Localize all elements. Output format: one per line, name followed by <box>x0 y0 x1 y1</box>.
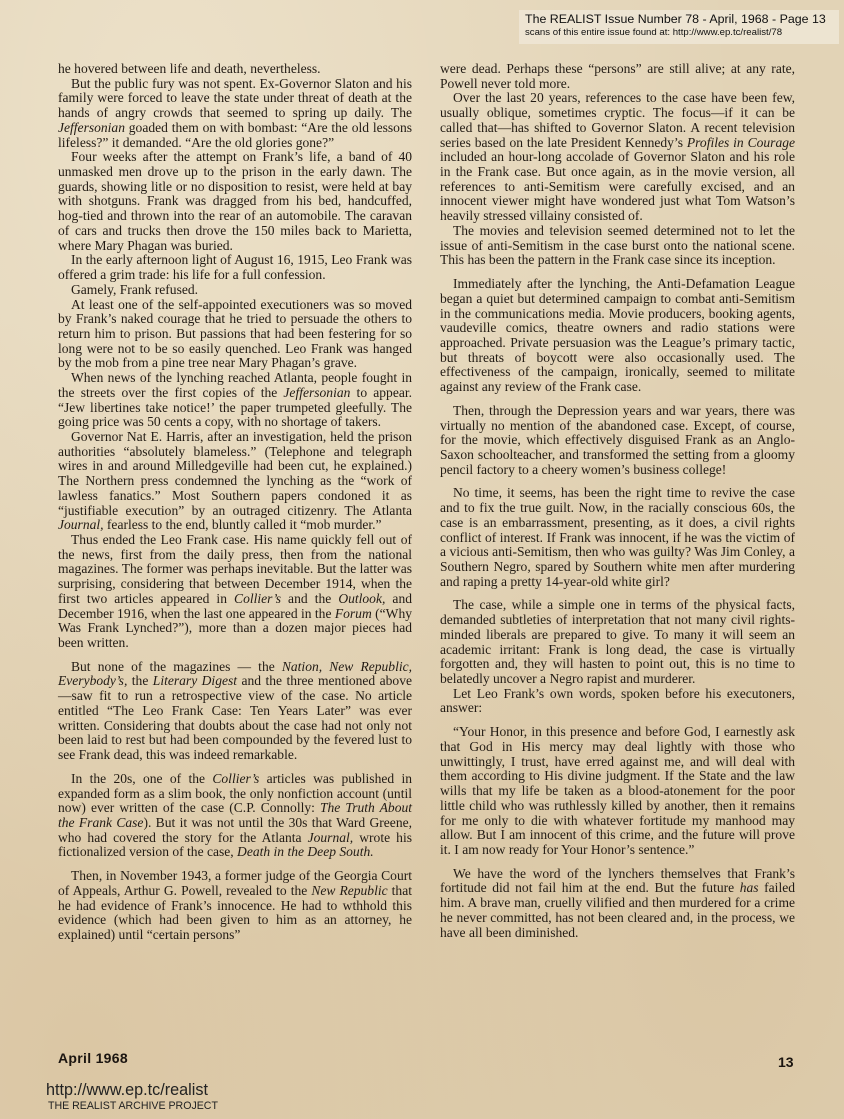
article-paragraph: Thus ended the Leo Frank case. His name … <box>58 533 412 651</box>
text-run: and the <box>281 591 338 606</box>
article-paragraph: In the early afternoon light of August 1… <box>58 253 412 282</box>
italic-text: Journal, <box>308 830 354 845</box>
text-run: In the early afternoon light of August 1… <box>58 252 412 282</box>
text-run: Immediately after the lynching, the Anti… <box>440 276 795 394</box>
text-run: were dead. Perhaps these “persons” are s… <box>440 61 795 91</box>
article-paragraph: Gamely, Frank refused. <box>58 283 412 298</box>
text-run: In the 20s, one of the <box>71 771 212 786</box>
article-paragraph: In the 20s, one of the Collier’s article… <box>58 772 412 860</box>
italic-text: Collier’s <box>234 591 281 606</box>
scan-header: The REALIST Issue Number 78 - April, 196… <box>519 10 839 44</box>
archive-url: http://www.ep.tc/realist <box>46 1082 208 1099</box>
left-column: he hovered between life and death, never… <box>58 62 412 943</box>
text-run: the <box>127 673 152 688</box>
italic-text: Profiles in Courage <box>687 135 795 150</box>
article-paragraph: Let Leo Frank’s own words, spoken before… <box>440 687 795 716</box>
article-paragraph: We have the word of the lynchers themsel… <box>440 867 795 941</box>
text-run: But the public fury was not spent. Ex-Go… <box>58 76 412 120</box>
text-run: Then, through the Depression years and w… <box>440 403 795 477</box>
italic-text: Forum <box>335 606 372 621</box>
italic-text: Collier’s <box>212 771 259 786</box>
article-paragraph: When news of the lynching reached Atlant… <box>58 371 412 430</box>
scan-header-title: The REALIST Issue Number 78 - April, 196… <box>525 12 833 27</box>
article-paragraph: But the public fury was not spent. Ex-Go… <box>58 77 412 151</box>
article-paragraph: At least one of the self-appointed execu… <box>58 298 412 372</box>
article-paragraph: “Your Honor, in this presence and before… <box>440 725 795 857</box>
italic-text: Death in the Deep South. <box>237 844 374 859</box>
right-column: were dead. Perhaps these “persons” are s… <box>440 62 795 940</box>
text-run: Gamely, Frank refused. <box>71 282 198 297</box>
article-paragraph: No time, it seems, has been the right ti… <box>440 486 795 589</box>
article-paragraph: Over the last 20 years, references to th… <box>440 91 795 223</box>
article-paragraph: were dead. Perhaps these “persons” are s… <box>440 62 795 91</box>
article-paragraph: The case, while a simple one in terms of… <box>440 598 795 686</box>
footer-date: April 1968 <box>58 1050 128 1066</box>
scan-header-subtitle: scans of this entire issue found at: htt… <box>525 27 833 39</box>
italic-text: New Republic <box>311 883 387 898</box>
text-run: But none of the magazines — the <box>71 659 282 674</box>
text-run: fearless to the end, bluntly called it “… <box>104 517 382 532</box>
italic-text: Literary Digest <box>153 673 237 688</box>
italic-text: Jeffersonian <box>283 385 350 400</box>
text-run: he hovered between life and death, never… <box>58 61 321 76</box>
article-paragraph: Immediately after the lynching, the Anti… <box>440 277 795 395</box>
text-run: Four weeks after the attempt on Frank’s … <box>58 149 412 252</box>
article-paragraph: Governor Nat E. Harris, after an investi… <box>58 430 412 533</box>
text-run: The case, while a simple one in terms of… <box>440 597 795 686</box>
article-paragraph: The movies and television seemed determi… <box>440 224 795 268</box>
italic-text: Jeffersonian <box>58 120 125 135</box>
italic-text: Outlook, <box>338 591 385 606</box>
article-paragraph: Then, in November 1943, a former judge o… <box>58 869 412 943</box>
text-run: included an hour-long accolade of Govern… <box>440 149 795 223</box>
italic-text: Journal, <box>58 517 104 532</box>
text-run: Let Leo Frank’s own words, spoken before… <box>440 686 795 716</box>
text-run: “Your Honor, in this presence and before… <box>440 724 795 857</box>
article-paragraph: Four weeks after the attempt on Frank’s … <box>58 150 412 253</box>
article-paragraph: But none of the magazines — the Nation, … <box>58 660 412 763</box>
page-number: 13 <box>778 1054 794 1070</box>
italic-text: has <box>740 880 759 895</box>
archive-name: THE REALIST ARCHIVE PROJECT <box>48 1100 218 1112</box>
article-paragraph: Then, through the Depression years and w… <box>440 404 795 478</box>
text-run: At least one of the self-appointed execu… <box>58 297 412 371</box>
article-paragraph: he hovered between life and death, never… <box>58 62 412 77</box>
text-run: No time, it seems, has been the right ti… <box>440 485 795 588</box>
text-run: The movies and television seemed determi… <box>440 223 795 267</box>
text-run: Governor Nat E. Harris, after an investi… <box>58 429 412 518</box>
